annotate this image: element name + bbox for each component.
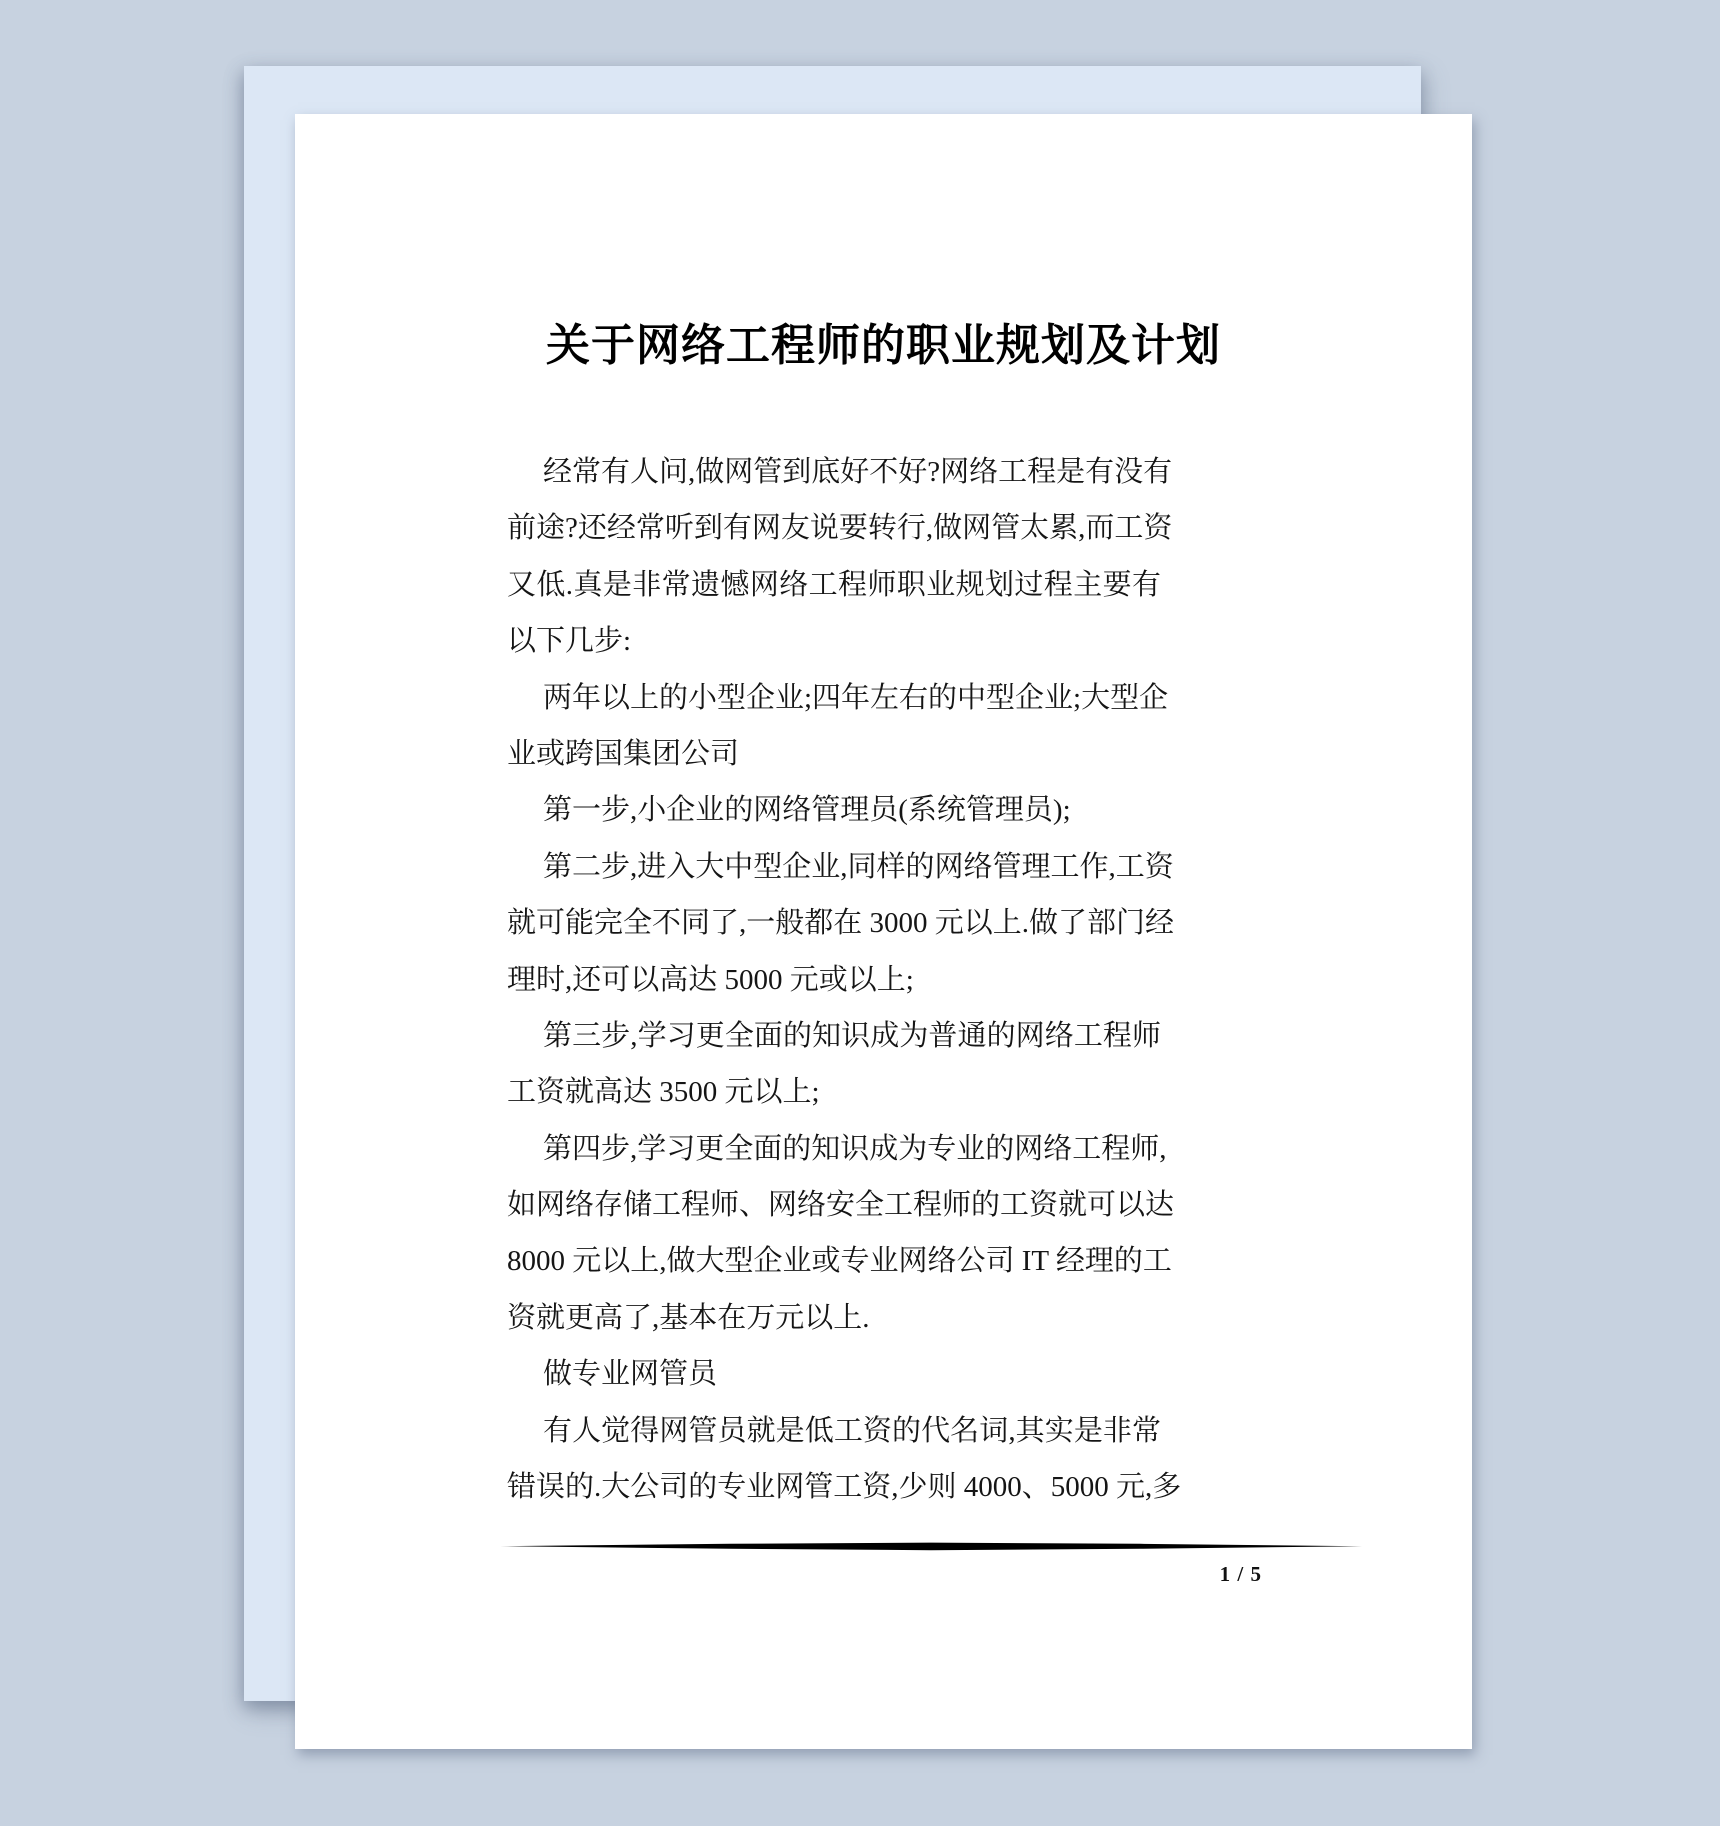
document-page: 关于网络工程师的职业规划及计划 经常有人问,做网管到底好不好?网络工程是有没有前… [295,114,1472,1749]
text-line: 前途?还经常听到有网友说要转行,做网管太累,而工资 [507,500,1161,556]
document-title: 关于网络工程师的职业规划及计划 [295,316,1472,376]
text-line: 经常有人问,做网管到底好不好?网络工程是有没有 [507,444,1161,500]
body-paragraphs: 经常有人问,做网管到底好不好?网络工程是有没有前途?还经常听到有网友说要转行,做… [507,444,1161,1515]
text-line: 第二步,进入大中型企业,同样的网络管理工作,工资 [507,839,1161,895]
paragraph: 第一步,小企业的网络管理员(系统管理员); [507,782,1161,838]
text-line: 资就更高了,基本在万元以上. [507,1290,1161,1346]
text-line: 两年以上的小型企业;四年左右的中型企业;大型企 [507,670,1161,726]
text-line: 以下几步: [507,613,1161,669]
paragraph: 第四步,学习更全面的知识成为专业的网络工程师,如网络存储工程师、网络安全工程师的… [507,1121,1161,1347]
text-line: 第一步,小企业的网络管理员(系统管理员); [507,782,1161,838]
desktop-background: { "colors": { "background": "#c7d2e0", "… [0,0,1720,1826]
text-line: 又低.真是非常遗憾网络工程师职业规划过程主要有 [507,557,1161,613]
text-line: 理时,还可以高达 5000 元或以上; [507,952,1161,1008]
paragraph: 做专业网管员 [507,1346,1161,1402]
paragraph: 两年以上的小型企业;四年左右的中型企业;大型企业或跨国集团公司 [507,670,1161,783]
text-line: 第三步,学习更全面的知识成为普通的网络工程师 [507,1008,1161,1064]
page-number: 1 / 5 [500,1562,1262,1587]
text-line: 第四步,学习更全面的知识成为专业的网络工程师, [507,1121,1161,1177]
text-line: 工资就高达 3500 元以上; [507,1064,1161,1120]
text-line: 做专业网管员 [507,1346,1161,1402]
text-line: 业或跨国集团公司 [507,726,1161,782]
paragraph: 第三步,学习更全面的知识成为普通的网络工程师工资就高达 3500 元以上; [507,1008,1161,1121]
paragraph: 有人觉得网管员就是低工资的代名词,其实是非常错误的.大公司的专业网管工资,少则 … [507,1403,1161,1516]
paragraph: 第二步,进入大中型企业,同样的网络管理工作,工资就可能完全不同了,一般都在 30… [507,839,1161,1008]
footer-divider-rule [500,1538,1362,1547]
text-line: 8000 元以上,做大型企业或专业网络公司 IT 经理的工 [507,1233,1161,1289]
text-line: 错误的.大公司的专业网管工资,少则 4000、5000 元,多 [507,1459,1161,1515]
text-line: 如网络存储工程师、网络安全工程师的工资就可以达 [507,1177,1161,1233]
text-line: 就可能完全不同了,一般都在 3000 元以上.做了部门经 [507,895,1161,951]
text-line: 有人觉得网管员就是低工资的代名词,其实是非常 [507,1403,1161,1459]
divider-lens-shape [500,1542,1362,1551]
paragraph: 经常有人问,做网管到底好不好?网络工程是有没有前途?还经常听到有网友说要转行,做… [507,444,1161,670]
